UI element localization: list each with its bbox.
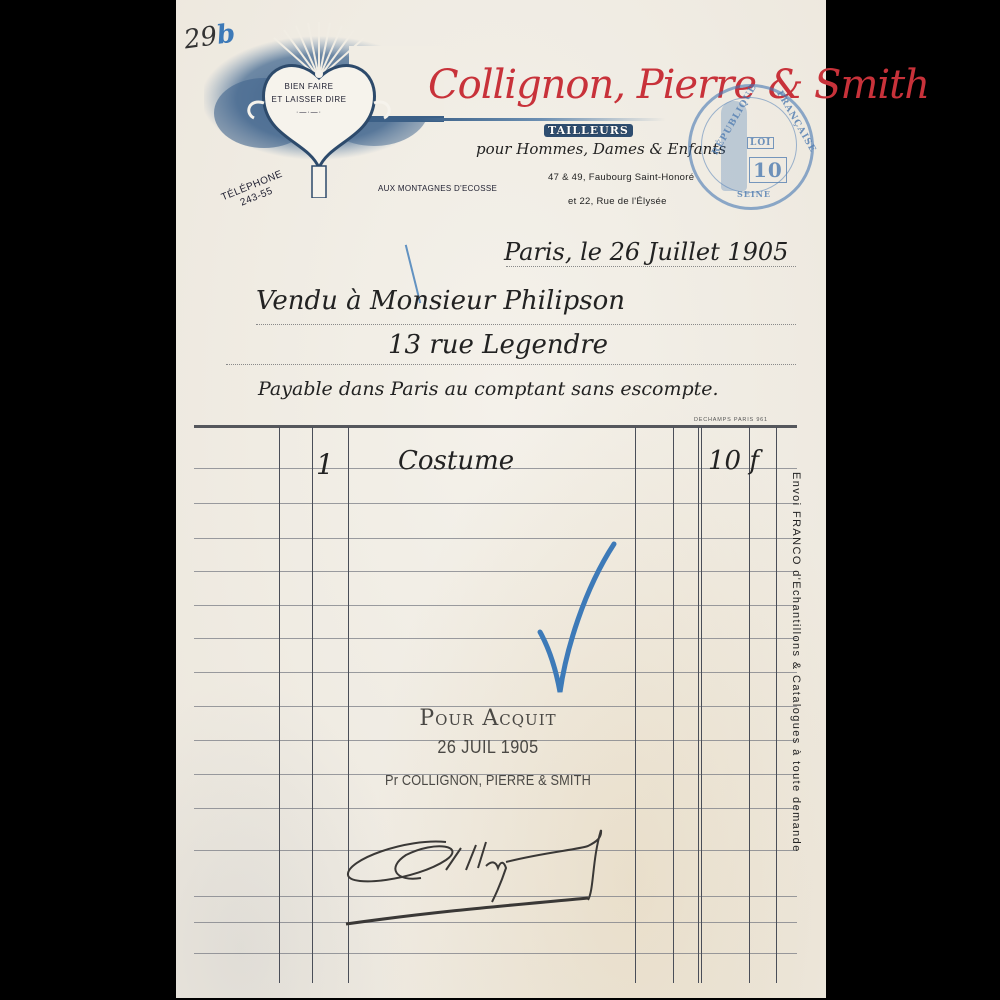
- payment-terms: Payable dans Paris au comptant sans esco…: [258, 378, 719, 400]
- table-column-line: [673, 427, 674, 983]
- buyer-line: Vendu à Monsieur Philipson: [256, 286, 625, 316]
- table-row-line: [194, 538, 797, 539]
- motto-line-2: ET LAISSER DIRE: [264, 93, 354, 106]
- date-line: Paris, le 26 Juillet 1905: [504, 238, 788, 266]
- tax-stamp: RÉPUBLIQUE FRANÇAISE LOI 10 SEINE: [688, 84, 814, 210]
- item-quantity: 1: [316, 448, 334, 481]
- check-mark-icon: [532, 540, 622, 700]
- trade-label: TAILLEURS: [544, 124, 633, 137]
- table-row-line: [194, 953, 797, 954]
- company-band: [416, 118, 666, 121]
- table-column-line: [749, 427, 750, 983]
- item-price: 10 f: [708, 446, 759, 476]
- company-name: Collignon, Pierre & Smith: [428, 62, 929, 108]
- table-row-line: [194, 672, 797, 673]
- table-column-line: [698, 427, 699, 983]
- table-row-line: [194, 605, 797, 606]
- receipt-date: 26 JUIL 1905: [375, 737, 602, 758]
- table-row-line: [194, 571, 797, 572]
- address-rule: [226, 364, 796, 365]
- item-description: Costume: [398, 446, 514, 476]
- motto-ornament: ·—·—·: [264, 106, 354, 119]
- stamp-tablet: LOI: [747, 137, 774, 149]
- receipt-title: Pour Acquit: [362, 706, 614, 731]
- table-column-line: [776, 427, 777, 983]
- address-line-2: et 22, Rue de l'Élysée: [568, 196, 667, 207]
- receipt-signed-for: Pr COLLIGNON, PIERRE & SMITH: [381, 772, 595, 789]
- table-column-line: [279, 427, 280, 983]
- printer-mark: DECHAMPS PARIS 961: [694, 417, 768, 423]
- invoice-page: 29b BIEN FAIRE ET LAISSER DIRE: [176, 0, 826, 998]
- side-note: Envoi FRANCO d'Echantillons & Catalogues…: [786, 472, 806, 892]
- table-column-line: [701, 427, 702, 983]
- motto: BIEN FAIRE ET LAISSER DIRE ·—·—·: [264, 80, 354, 119]
- table-row-line: [194, 503, 797, 504]
- table-column-line: [312, 427, 313, 983]
- stamp-department: SEINE: [737, 189, 771, 199]
- table-top-border: [194, 425, 797, 428]
- table-row-line: [194, 808, 797, 809]
- date-rule: [506, 266, 796, 267]
- receipt-stamp: Pour Acquit 26 JUIL 1905 Pr COLLIGNON, P…: [362, 706, 614, 789]
- signature-icon: [326, 820, 646, 930]
- side-note-text: Envoi FRANCO d'Echantillons & Catalogues…: [790, 472, 802, 853]
- shop-sign: AUX MONTAGNES D'ECOSSE: [378, 184, 497, 193]
- table-row-line: [194, 638, 797, 639]
- address-line-1: 47 & 49, Faubourg Saint-Honoré: [548, 172, 694, 183]
- stamp-value: 10: [749, 157, 787, 183]
- buyer-address: 13 rue Legendre: [388, 330, 608, 360]
- buyer-rule: [256, 324, 796, 325]
- motto-line-1: BIEN FAIRE: [264, 80, 354, 93]
